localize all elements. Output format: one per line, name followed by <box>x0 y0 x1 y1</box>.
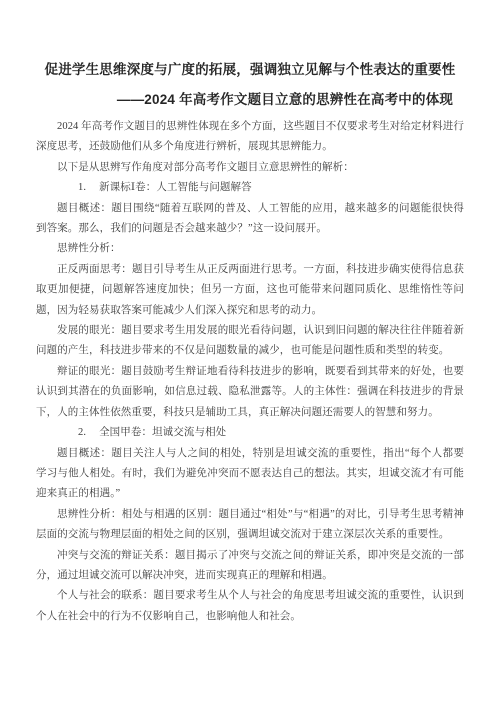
document-page: 促进学生思维深度与广度的拓展，强调独立见解与个性表达的重要性 ——2024 年高… <box>0 0 500 707</box>
list-item-1-number: 1. <box>57 178 86 198</box>
list-item-1-heading: 新课标Ⅰ卷：人工智能与问题解答 <box>99 182 252 193</box>
topic1-overview-paragraph: 题目概述：题目围绕“随着互联网的普及、人工智能的应用，越来越多的问题能很快得到答… <box>36 199 464 240</box>
intro-paragraph: 2024 年高考作文题目的思辨性体现在多个方面，这些题目不仅要求考生对给定材料进… <box>36 117 464 158</box>
list-item-2-number: 2. <box>57 423 86 443</box>
lead-in-paragraph: 以下是从思辨写作角度对部分高考作文题目立意思辨性的解析： <box>36 158 464 178</box>
topic2-analysis-society-paragraph: 个人与社会的联系：题目要求考生从个人与社会的角度思考坦诚交流的重要性，认识到个人… <box>36 586 464 627</box>
topic2-analysis-difference-paragraph: 思辨性分析：相处与相遇的区别：题目通过“相处”与“相遇”的对比，引导考生思考精神… <box>36 505 464 546</box>
list-item-2-heading: 全国甲卷：坦诚交流与相处 <box>99 427 226 438</box>
document-title-line2: ——2024 年高考作文题目立意的思辨性在高考中的体现 <box>36 90 464 110</box>
list-item-1: 1.新课标Ⅰ卷：人工智能与问题解答 <box>36 178 464 198</box>
topic1-analysis-development-paragraph: 发展的眼光：题目要求考生用发展的眼光看待问题，认识到旧问题的解决往往伴随着新问题… <box>36 321 464 362</box>
topic2-overview-paragraph: 题目概述：题目关注人与人之间的相处，特别是坦诚交流的重要性，指出“每个人都要学习… <box>36 444 464 505</box>
topic1-analysis-pro-con-paragraph: 正反两面思考：题目引导考生从正反两面进行思考。一方面，科技进步确实使得信息获取更… <box>36 260 464 321</box>
topic1-analysis-dialectic-paragraph: 辩证的眼光：题目鼓励考生辩证地看待科技进步的影响，既要看到其带来的好处，也要认识… <box>36 362 464 423</box>
document-title-line1: 促进学生思维深度与广度的拓展，强调独立见解与个性表达的重要性 <box>36 60 464 80</box>
topic2-analysis-conflict-paragraph: 冲突与交流的辩证关系：题目揭示了冲突与交流之间的辩证关系，即冲突是交流的一部分，… <box>36 546 464 587</box>
topic1-analysis-heading: 思辨性分析： <box>36 239 464 259</box>
document-body: 2024 年高考作文题目的思辨性体现在多个方面，这些题目不仅要求考生对给定材料进… <box>36 117 464 627</box>
list-item-2: 2.全国甲卷：坦诚交流与相处 <box>36 423 464 443</box>
